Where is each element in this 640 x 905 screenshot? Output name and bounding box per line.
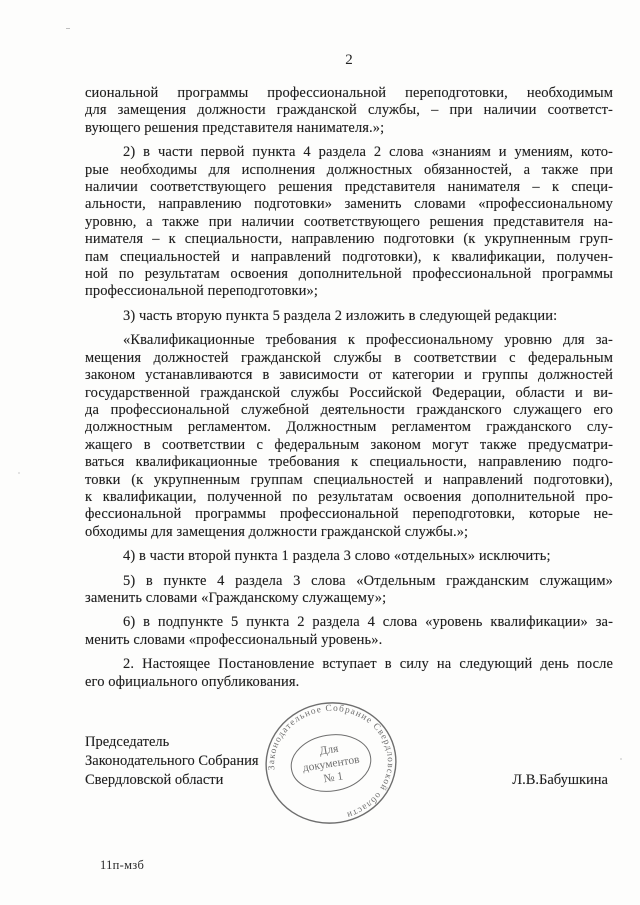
text-line: профессиональной переподготовки»;	[85, 283, 613, 300]
text-line: 5) в пункте 4 раздела 3 слова «Отдельным…	[85, 573, 613, 590]
paragraph: 6) в подпункте 5 пункта 2 раздела 4 слов…	[85, 614, 613, 649]
text-line: 4) в части второй пункта 1 раздела 3 сло…	[85, 548, 613, 565]
text-line: наличии соответствующего решения предста…	[85, 179, 613, 196]
paragraph: «Квалификационные требования к профессио…	[85, 332, 613, 541]
stamp-center-line: Для	[319, 743, 340, 758]
scan-speck	[66, 28, 70, 29]
text-line: 3) часть вторую пункта 5 раздела 2 излож…	[85, 308, 613, 325]
text-line: 2) в части первой пункта 4 раздела 2 сло…	[85, 144, 613, 161]
paragraph: 2) в части первой пункта 4 раздела 2 сло…	[85, 144, 613, 301]
text-line: заменить словами «Гражданскому служащему…	[85, 590, 613, 607]
text-line: менить словами «профессиональный уровень…	[85, 632, 613, 649]
signatory-title-line: Председатель	[85, 733, 259, 752]
text-line: фессиональной программы профессиональной…	[85, 506, 613, 523]
text-line: альности, направлению подготовки» замени…	[85, 196, 613, 213]
signatory-title-line: Свердловской области	[85, 771, 259, 790]
text-line: жащего в соответствии с федеральным зако…	[85, 437, 613, 454]
text-line: вующего решения представителя нанимателя…	[85, 120, 613, 137]
text-line: законом устанавливаются в зависимости от…	[85, 367, 613, 384]
signatory-title-line: Законодательного Собрания	[85, 752, 259, 771]
official-stamp: Законодательное Собрание Свердловской об…	[253, 690, 409, 836]
paragraph: сиональной программы профессиональной пе…	[85, 85, 613, 137]
text-line: нимателя – к специальности, направлению …	[85, 231, 613, 248]
signatory-name: Л.В.Бабушкина	[512, 771, 608, 790]
scanned-document-page: 2 сиональной программы профессиональной …	[0, 0, 640, 905]
scan-speck	[620, 758, 622, 760]
text-line: для замещения должности гражданской служ…	[85, 102, 613, 119]
text-line: ной по результатам освоения дополнительн…	[85, 266, 613, 283]
scan-speck	[18, 472, 20, 474]
document-body: сиональной программы профессиональной пе…	[85, 85, 613, 691]
signatory-title: Председатель Законодательного Собрания С…	[85, 733, 259, 790]
text-line: должностным регламентом. Должностным рег…	[85, 419, 613, 436]
paragraph: 5) в пункте 4 раздела 3 слова «Отдельным…	[85, 573, 613, 608]
page-number: 2	[85, 52, 613, 69]
text-line: его официального опубликования.	[85, 674, 613, 691]
text-line: к квалификации, полученной по результата…	[85, 489, 613, 506]
text-line: «Квалификационные требования к профессио…	[85, 332, 613, 349]
stamp-center-line: № 1	[323, 770, 344, 785]
text-line: пам специальностей и направлений подгото…	[85, 249, 613, 266]
footer-document-code: 11п-мзб	[100, 858, 144, 873]
text-line: рые необходимы для исполнения должностны…	[85, 162, 613, 179]
text-line: сиональной программы профессиональной пе…	[85, 85, 613, 102]
text-line: ваться квалификационные требования к спе…	[85, 454, 613, 471]
text-line: товки (к укрупненным группам специальнос…	[85, 472, 613, 489]
text-line: да профессиональной служебной деятельнос…	[85, 402, 613, 419]
text-line: 2. Настоящее Постановление вступает в си…	[85, 656, 613, 673]
paragraph: 3) часть вторую пункта 5 раздела 2 излож…	[85, 308, 613, 325]
paragraph: 2. Настоящее Постановление вступает в си…	[85, 656, 613, 691]
paragraph: 4) в части второй пункта 1 раздела 3 сло…	[85, 548, 613, 565]
text-line: уровню, а также при наличии соответствую…	[85, 214, 613, 231]
text-line: мещения должностей гражданской службы в …	[85, 350, 613, 367]
text-line: обходимы для замещения должности граждан…	[85, 524, 613, 541]
text-line: государственной гражданской службы Росси…	[85, 385, 613, 402]
text-line: 6) в подпункте 5 пункта 2 раздела 4 слов…	[85, 614, 613, 631]
